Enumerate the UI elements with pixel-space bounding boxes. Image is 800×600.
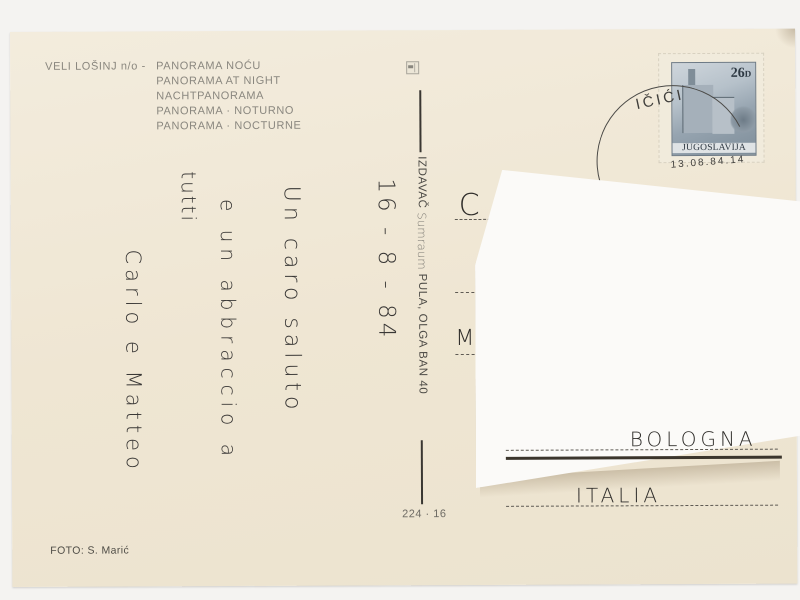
city-underline (506, 456, 782, 460)
title-caption-croatian: PANORAMA NOĆU (156, 59, 301, 75)
card-number: 224 · 16 (402, 508, 446, 520)
publisher-brand: Sumraum (415, 212, 429, 270)
handwritten-line-3: tutti (177, 171, 201, 223)
address-country: ITALIA (576, 483, 661, 507)
publisher-prefix: IZDAVAČ (416, 156, 428, 208)
postcard-back: VELI LOŠINJ n/o - PANORAMA NOĆU PANORAMA… (10, 29, 797, 587)
title-caption-english: PANORAMA AT NIGHT (156, 74, 301, 90)
location-caption: VELI LOŠINJ n/o - (45, 59, 146, 74)
publisher-address: PULA, OLGA BAN 40 (416, 274, 429, 395)
center-divider-bottom (421, 440, 423, 504)
center-divider-top (419, 90, 421, 152)
handwritten-signature: Carlo e Matteo (121, 249, 146, 473)
publisher-logo-icon (406, 61, 419, 74)
handwritten-line-1: Un caro saluto (279, 186, 305, 415)
photo-credit: FOTO: S. Marić (50, 544, 129, 556)
title-caption-french: PANORAMA · NOCTURNE (156, 119, 301, 135)
handwritten-date: 16 - 8 - 84 (373, 178, 400, 341)
stamp-denomination: 26D (731, 66, 752, 82)
stamp-value-unit: D (745, 69, 752, 79)
title-caption-german: NACHTPANORAMA (156, 89, 301, 105)
address-name-fragment: C (459, 188, 484, 223)
title-caption-portuguese: PANORAMA · NOTURNO (156, 104, 301, 120)
publisher-imprint: IZDAVAČ Sumraum PULA, OLGA BAN 40 (413, 156, 430, 436)
handwritten-line-2: e un abbraccio a (216, 199, 241, 462)
stamp-value-number: 26 (731, 66, 745, 81)
address-city: BOLOGNA (630, 427, 757, 452)
title-caption-list: PANORAMA NOĆU PANORAMA AT NIGHT NACHTPAN… (156, 59, 301, 135)
